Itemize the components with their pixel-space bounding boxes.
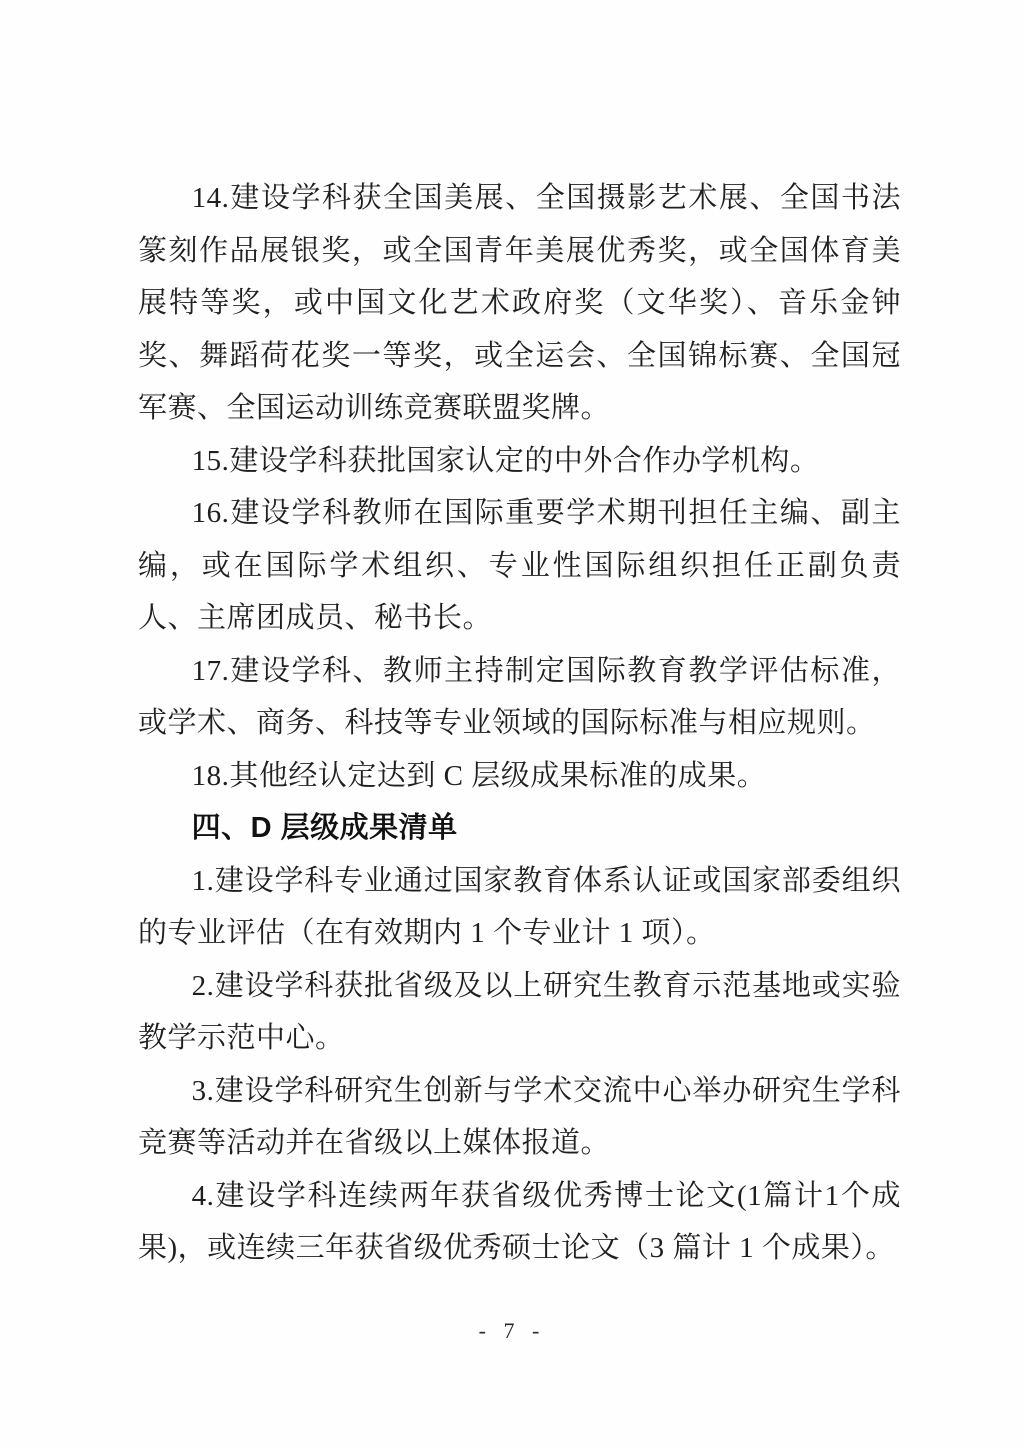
paragraph-item-14: 14.建设学科获全国美展、全国摄影艺术展、全国书法篆刻作品展银奖，或全国青年美展… xyxy=(138,172,901,435)
paragraph-item-17: 17.建设学科、教师主持制定国际教育教学评估标准，或学术、商务、科技等专业领域的… xyxy=(138,645,901,750)
paragraph-item-d3: 3.建设学科研究生创新与学术交流中心举办研究生学科竞赛等活动并在省级以上媒体报道… xyxy=(138,1065,901,1170)
page-number: - 7 - xyxy=(0,1318,1024,1344)
paragraph-item-d1: 1.建设学科专业通过国家教育体系认证或国家部委组织的专业评估（在有效期内 1 个… xyxy=(138,855,901,960)
paragraph-item-d4: 4.建设学科连续两年获省级优秀博士论文(1篇计1个成果)，或连续三年获省级优秀硕… xyxy=(138,1170,901,1275)
paragraph-item-16: 16.建设学科教师在国际重要学术期刊担任主编、副主编，或在国际学术组织、专业性国… xyxy=(138,487,901,645)
paragraph-item-18: 18.其他经认定达到 C 层级成果标准的成果。 xyxy=(138,750,901,803)
document-body: 14.建设学科获全国美展、全国摄影艺术展、全国书法篆刻作品展银奖，或全国青年美展… xyxy=(138,0,901,1275)
paragraph-item-15: 15.建设学科获批国家认定的中外合作办学机构。 xyxy=(138,435,901,488)
paragraph-item-d2: 2.建设学科获批省级及以上研究生教育示范基地或实验教学示范中心。 xyxy=(138,960,901,1065)
section-heading-d-level: 四、D 层级成果清单 xyxy=(138,802,901,855)
document-page: 14.建设学科获全国美展、全国摄影艺术展、全国书法篆刻作品展银奖，或全国青年美展… xyxy=(0,0,1024,1448)
